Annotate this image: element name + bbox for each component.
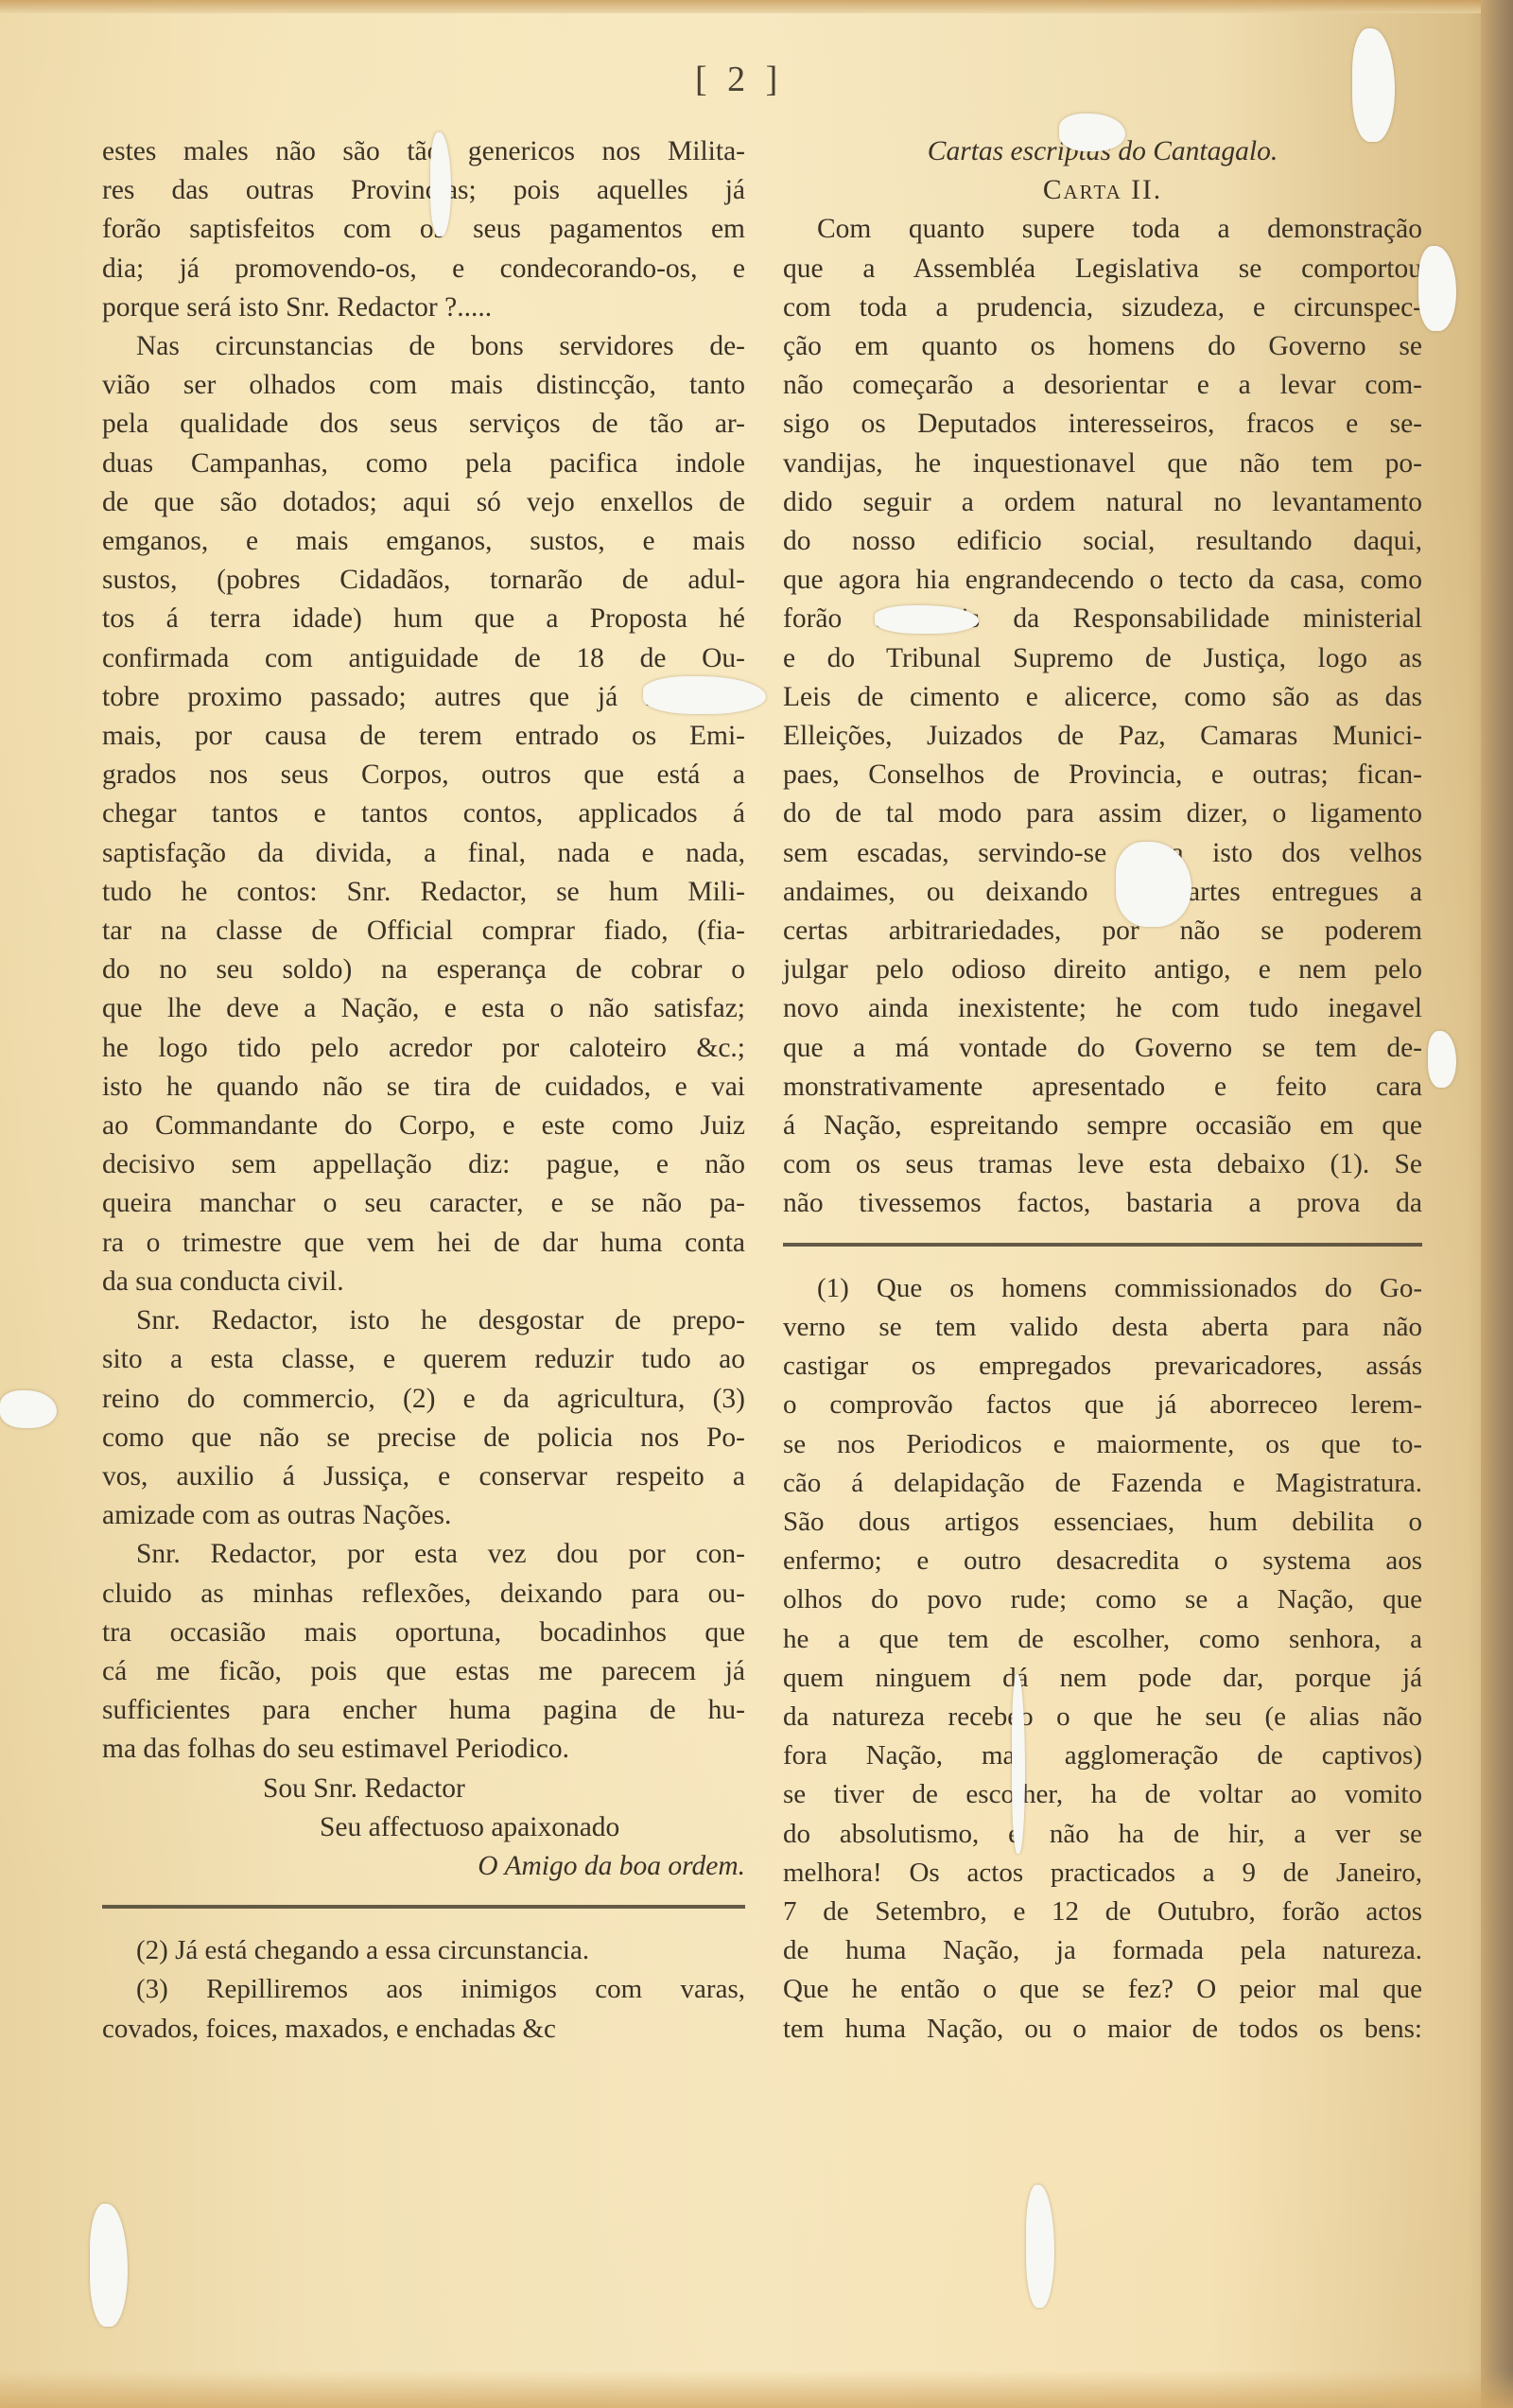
footnote-line: (1) Que os homens commissionados do Go- <box>783 1269 1422 1308</box>
text-line: que agora hia engrandecendo o tecto da c… <box>783 561 1422 600</box>
paragraph-2: Nas circunstancias de bons servidores de… <box>102 327 745 1301</box>
footnote-line: da natureza recebeo o que he seu (e alia… <box>783 1698 1422 1736</box>
text-line: porque será isto Snr. Redactor ?..... <box>102 288 745 327</box>
page-top-edge <box>0 0 1513 13</box>
text-line: tudo he contos: Snr. Redactor, se hum Mi… <box>102 873 745 912</box>
footnote-line: he a que tem de escolher, como senhora, … <box>783 1620 1422 1659</box>
paper-damage <box>1418 246 1456 331</box>
footnote-line: melhora! Os actos practicados a 9 de Jan… <box>783 1854 1422 1893</box>
text-line: sito a esta classe, e querem reduzir tud… <box>102 1340 745 1379</box>
footnote-line: o comprovão factos que já aborreceo lere… <box>783 1386 1422 1424</box>
text-line: paes, Conselhos de Provincia, e outras; … <box>783 756 1422 794</box>
text-line: que lhe deve a Nação, e esta o não satis… <box>102 989 745 1028</box>
footnote-line: (2) Já está chegando a essa circunstanci… <box>102 1931 745 1970</box>
page-right-edge <box>1481 0 1513 2408</box>
text-line: res das outras Provincias; pois aquelles… <box>102 171 745 210</box>
right-footnote: (1) Que os homens commissionados do Go- … <box>783 1269 1422 2049</box>
text-line: cluido as minhas reflexões, deixando par… <box>102 1575 745 1614</box>
footnote-line: enfermo; e outro desacredita o systema a… <box>783 1542 1422 1580</box>
newspaper-page: [ 2 ] estes males não são tão genericos … <box>0 0 1513 2408</box>
paper-damage <box>90 2204 128 2327</box>
text-line: Elleições, Juizados de Paz, Camaras Muni… <box>783 717 1422 756</box>
text-line: e do Tribunal Supremo de Justiça, logo a… <box>783 639 1422 678</box>
text-line: Snr. Redactor, por esta vez dou por con- <box>102 1535 745 1574</box>
footnote-line: de huma Nação, ja formada pela natureza. <box>783 1931 1422 1970</box>
footnote-line: (3) Repilliremos aos inimigos com varas, <box>102 1970 745 2009</box>
text-line: á Nação, espreitando sempre occasião em … <box>783 1107 1422 1145</box>
text-line: duas Campanhas, como pela pacifica indol… <box>102 445 745 483</box>
footnote-line: castigar os empregados prevaricadores, a… <box>783 1347 1422 1386</box>
text-line: que a má vontade do Governo se tem de- <box>783 1029 1422 1068</box>
text-line: sufficientes para encher huma pagina de … <box>102 1691 745 1730</box>
page-number: [ 2 ] <box>695 59 783 100</box>
text-line: da sua conducta civil. <box>102 1263 745 1301</box>
text-line: ra o trimestre que vem hei de dar huma c… <box>102 1224 745 1263</box>
paragraph-3: Snr. Redactor, isto he desgostar de prep… <box>102 1301 745 1535</box>
footnote-line: verno se tem valido desta aberta para nã… <box>783 1308 1422 1347</box>
paper-damage <box>1026 2185 1054 2308</box>
text-line: confirmada com antiguidade de 18 de Ou- <box>102 639 745 678</box>
paper-damage <box>1059 113 1125 151</box>
text-line: vandijas, he inquestionavel que não tem … <box>783 445 1422 483</box>
paper-damage <box>875 605 979 634</box>
letter-heading: Carta II. <box>783 171 1422 210</box>
valediction-line: Seu affectuoso apaixonado <box>102 1808 745 1847</box>
paper-damage <box>1352 28 1395 142</box>
text-line: novo ainda inexistente; he com tudo ineg… <box>783 989 1422 1028</box>
text-line: andaimes, ou deixando as partes entregue… <box>783 873 1422 912</box>
footnote-line: fora Nação, mas agglomeração de captivos… <box>783 1736 1422 1775</box>
letter-body: Com quanto supere toda a demonstração qu… <box>783 210 1422 1223</box>
text-line: he logo tido pelo acredor por caloteiro … <box>102 1029 745 1068</box>
text-line: tos á terra idade) hum que a Proposta hé <box>102 600 745 638</box>
text-line: do nosso edificio social, resultando daq… <box>783 522 1422 561</box>
text-line: com toda a prudencia, sizudeza, e circun… <box>783 288 1422 327</box>
text-line: sem escadas, servindo-se para isto dos v… <box>783 834 1422 873</box>
text-line: pela qualidade dos seus serviços de tão … <box>102 405 745 444</box>
text-line: queira manchar o seu caracter, e se não … <box>102 1184 745 1223</box>
text-line: certas arbitrariedades, por não se poder… <box>783 912 1422 951</box>
footnote-line: tem huma Nação, ou o maior de todos os b… <box>783 2010 1422 2049</box>
text-line: decisivo sem appellação diz: pague, e nã… <box>102 1145 745 1184</box>
footnote-line: se nos Periodicos e maiormente, os que t… <box>783 1425 1422 1464</box>
text-line: isto he quando não se tira de cuidados, … <box>102 1068 745 1107</box>
text-line: dia; já promovendo-os, e condecorando-os… <box>102 250 745 288</box>
text-line: chegar tantos e tantos contos, applicado… <box>102 794 745 833</box>
text-line: julgar pelo odioso direito antigo, e nem… <box>783 951 1422 989</box>
text-line: ção em quanto os homens do Governo se <box>783 327 1422 366</box>
text-line: ma das folhas do seu estimavel Periodico… <box>102 1730 745 1769</box>
text-line: mais, por causa de terem entrado os Emi- <box>102 717 745 756</box>
paper-damage <box>643 676 766 714</box>
text-line: sustos, (pobres Cidadãos, tornarão de ad… <box>102 561 745 600</box>
footnote-line: 7 de Setembro, e 12 de Outubro, forão ac… <box>783 1893 1422 1931</box>
left-footnotes: (2) Já está chegando a essa circunstanci… <box>102 1931 745 2049</box>
paragraph-4: Snr. Redactor, por esta vez dou por con-… <box>102 1535 745 1769</box>
footnote-line: São dous artigos essenciaes, hum debilit… <box>783 1503 1422 1542</box>
text-line: monstrativamente apresentado e feito car… <box>783 1068 1422 1107</box>
text-line: de que são dotados; aqui só vejo enxello… <box>102 483 745 522</box>
text-line: Snr. Redactor, isto he desgostar de prep… <box>102 1301 745 1340</box>
text-line: com os seus tramas leve esta debaixo (1)… <box>783 1145 1422 1184</box>
left-column: estes males não são tão genericos nos Mi… <box>102 132 745 2049</box>
text-line: não tivessemos factos, bastaria a prova … <box>783 1184 1422 1223</box>
text-line: cá me ficão, pois que estas me parecem j… <box>102 1652 745 1691</box>
text-line: saptisfação da divida, a final, nada e n… <box>102 834 745 873</box>
text-line: vos, auxilio á Jussiça, e conservar resp… <box>102 1457 745 1496</box>
text-line: como que não se precise de policia nos P… <box>102 1419 745 1457</box>
text-line: Com quanto supere toda a demonstração <box>783 210 1422 249</box>
text-line: forão saptisfeitos com os seus pagamento… <box>102 210 745 249</box>
text-line: do de tal modo para assim dizer, o ligam… <box>783 794 1422 833</box>
footnote-line: do absolutismo, e não ha de hir, a ver s… <box>783 1815 1422 1854</box>
text-line: estes males não são tão genericos nos Mi… <box>102 132 745 171</box>
footnote-line: olhos do povo rude; como se a Nação, que <box>783 1580 1422 1619</box>
text-line: não começarão a desorientar e a levar co… <box>783 366 1422 405</box>
signature: O Amigo da boa ordem. <box>102 1847 745 1886</box>
text-line: vião ser olhados com mais distincção, ta… <box>102 366 745 405</box>
text-line: sigo os Deputados interesseiros, fracos … <box>783 405 1422 444</box>
text-line: do no seu soldo) na esperança de cobrar … <box>102 951 745 989</box>
text-line: Leis de cimento e alicerce, como são as … <box>783 678 1422 717</box>
text-line: reino do commercio, (2) e da agricultura… <box>102 1380 745 1419</box>
closing-line: Sou Snr. Redactor <box>102 1770 745 1808</box>
text-line: dido seguir a ordem natural no levantame… <box>783 483 1422 522</box>
text-line: tra occasião mais oportuna, bocadinhos q… <box>102 1614 745 1652</box>
text-line: amizade com as outras Nações. <box>102 1496 745 1535</box>
footnote-line: covados, foices, maxados, e enchadas &c <box>102 2010 745 2049</box>
footnote-divider <box>102 1905 745 1909</box>
footnote-divider <box>783 1243 1422 1247</box>
footnote-line: se tiver de escolher, ha de voltar ao vo… <box>783 1775 1422 1814</box>
footnote-line: quem ninguem dá nem pode dar, porque já <box>783 1659 1422 1698</box>
footnote-line: Que he então o que se fez? O peior mal q… <box>783 1970 1422 2009</box>
paper-damage <box>0 1390 57 1428</box>
text-line: ao Commandante do Corpo, e este como Jui… <box>102 1107 745 1145</box>
text-line: que a Assembléa Legislativa se comportou <box>783 250 1422 288</box>
text-line: Nas circunstancias de bons servidores de… <box>102 327 745 366</box>
page-bottom-edge <box>0 2370 1513 2408</box>
text-line: tar na classe de Official comprar fiado,… <box>102 912 745 951</box>
paper-damage <box>1428 1031 1456 1088</box>
text-line: grados nos seus Corpos, outros que está … <box>102 756 745 794</box>
footnote-line: cão á delapidação de Fazenda e Magistrat… <box>783 1464 1422 1503</box>
right-column: Cartas escriptas do Cantagalo. Carta II.… <box>783 132 1422 2049</box>
paragraph-1: estes males não são tão genericos nos Mi… <box>102 132 745 327</box>
text-line: emganos, e mais emganos, sustos, e mais <box>102 522 745 561</box>
